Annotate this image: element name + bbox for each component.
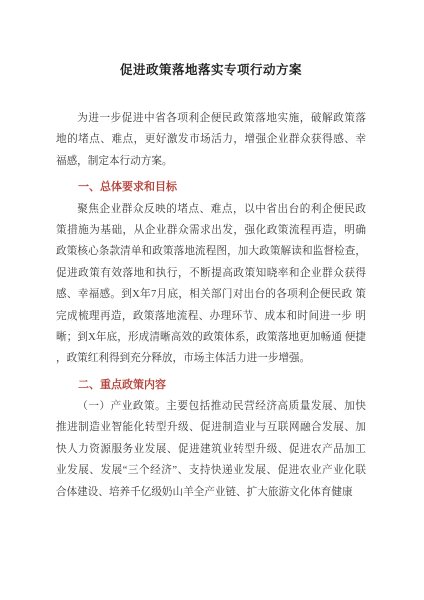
section-heading-2: 二、重点政策内容 [56, 375, 366, 396]
text-line: 合体建设、培养千亿级奶山羊全产业链、扩大旅游文化体育健康 [56, 482, 366, 503]
section-2-paragraph: （一）产业政策。主要包括推动民营经济高质量发展、加快 推进制造业智能化转型升级、… [56, 396, 366, 503]
text-line: 为进一步促进中省各项利企便民政策落地实施，破解政策落 [56, 108, 366, 129]
intro-paragraph: 为进一步促进中省各项利企便民政策落地实施，破解政策落 地的堵点、难点，更好激发市… [56, 108, 366, 172]
text-line: 地的堵点、难点，更好激发市场活力，增强企业群众获得感、幸 [56, 129, 366, 150]
document-title: 促进政策落地落实专项行动方案 [56, 62, 366, 79]
text-line: 福感，制定本行动方案。 [56, 151, 366, 172]
text-line: ，政策红利得到充分释放，市场主体活力进一步增强。 [56, 348, 366, 369]
text-line: 业发展、发展“三个经济”、支持快递业发展、促进农业产业化联 [56, 460, 366, 481]
text-line: 完成梳理再造，政策落地流程、办理环节、成本和时间进一步 明 [56, 306, 366, 327]
text-line: 聚焦企业群众反映的堵点、难点，以中省出台的利企便民政 [56, 199, 366, 220]
text-line: 政策核心条款清单和政策落地流程图，加大政策解读和监督检查， [56, 241, 366, 262]
text-line: 晰；到X年底，形成清晰高效的政策体系，政策落地更加畅通 便捷 [56, 327, 366, 348]
document-page: 促进政策落地落实专项行动方案 为进一步促进中省各项利企便民政策落地实施，破解政策… [0, 0, 424, 600]
section-1-paragraph: 聚焦企业群众反映的堵点、难点，以中省出台的利企便民政 策措施为基础，从企业群众需… [56, 199, 366, 370]
text-line: 快人力资源服务业发展、促进建筑业转型升级、促进农产品加工 [56, 439, 366, 460]
text-line: 推进制造业智能化转型升级、促进制造业与互联网融合发展、加 [56, 417, 366, 438]
text-line: 促进政策有效落地和执行，不断提高政策知晓率和企业群众获得 [56, 263, 366, 284]
text-line: 策措施为基础，从企业群众需求出发，强化政策流程再造，明确 [56, 220, 366, 241]
section-heading-1: 一、总体要求和目标 [56, 177, 366, 198]
text-line: （一）产业政策。主要包括推动民营经济高质量发展、加快 [56, 396, 366, 417]
text-line: 感、幸福感。到X年7月底，相关部门对出台的各项利企便民政 策 [56, 284, 366, 305]
